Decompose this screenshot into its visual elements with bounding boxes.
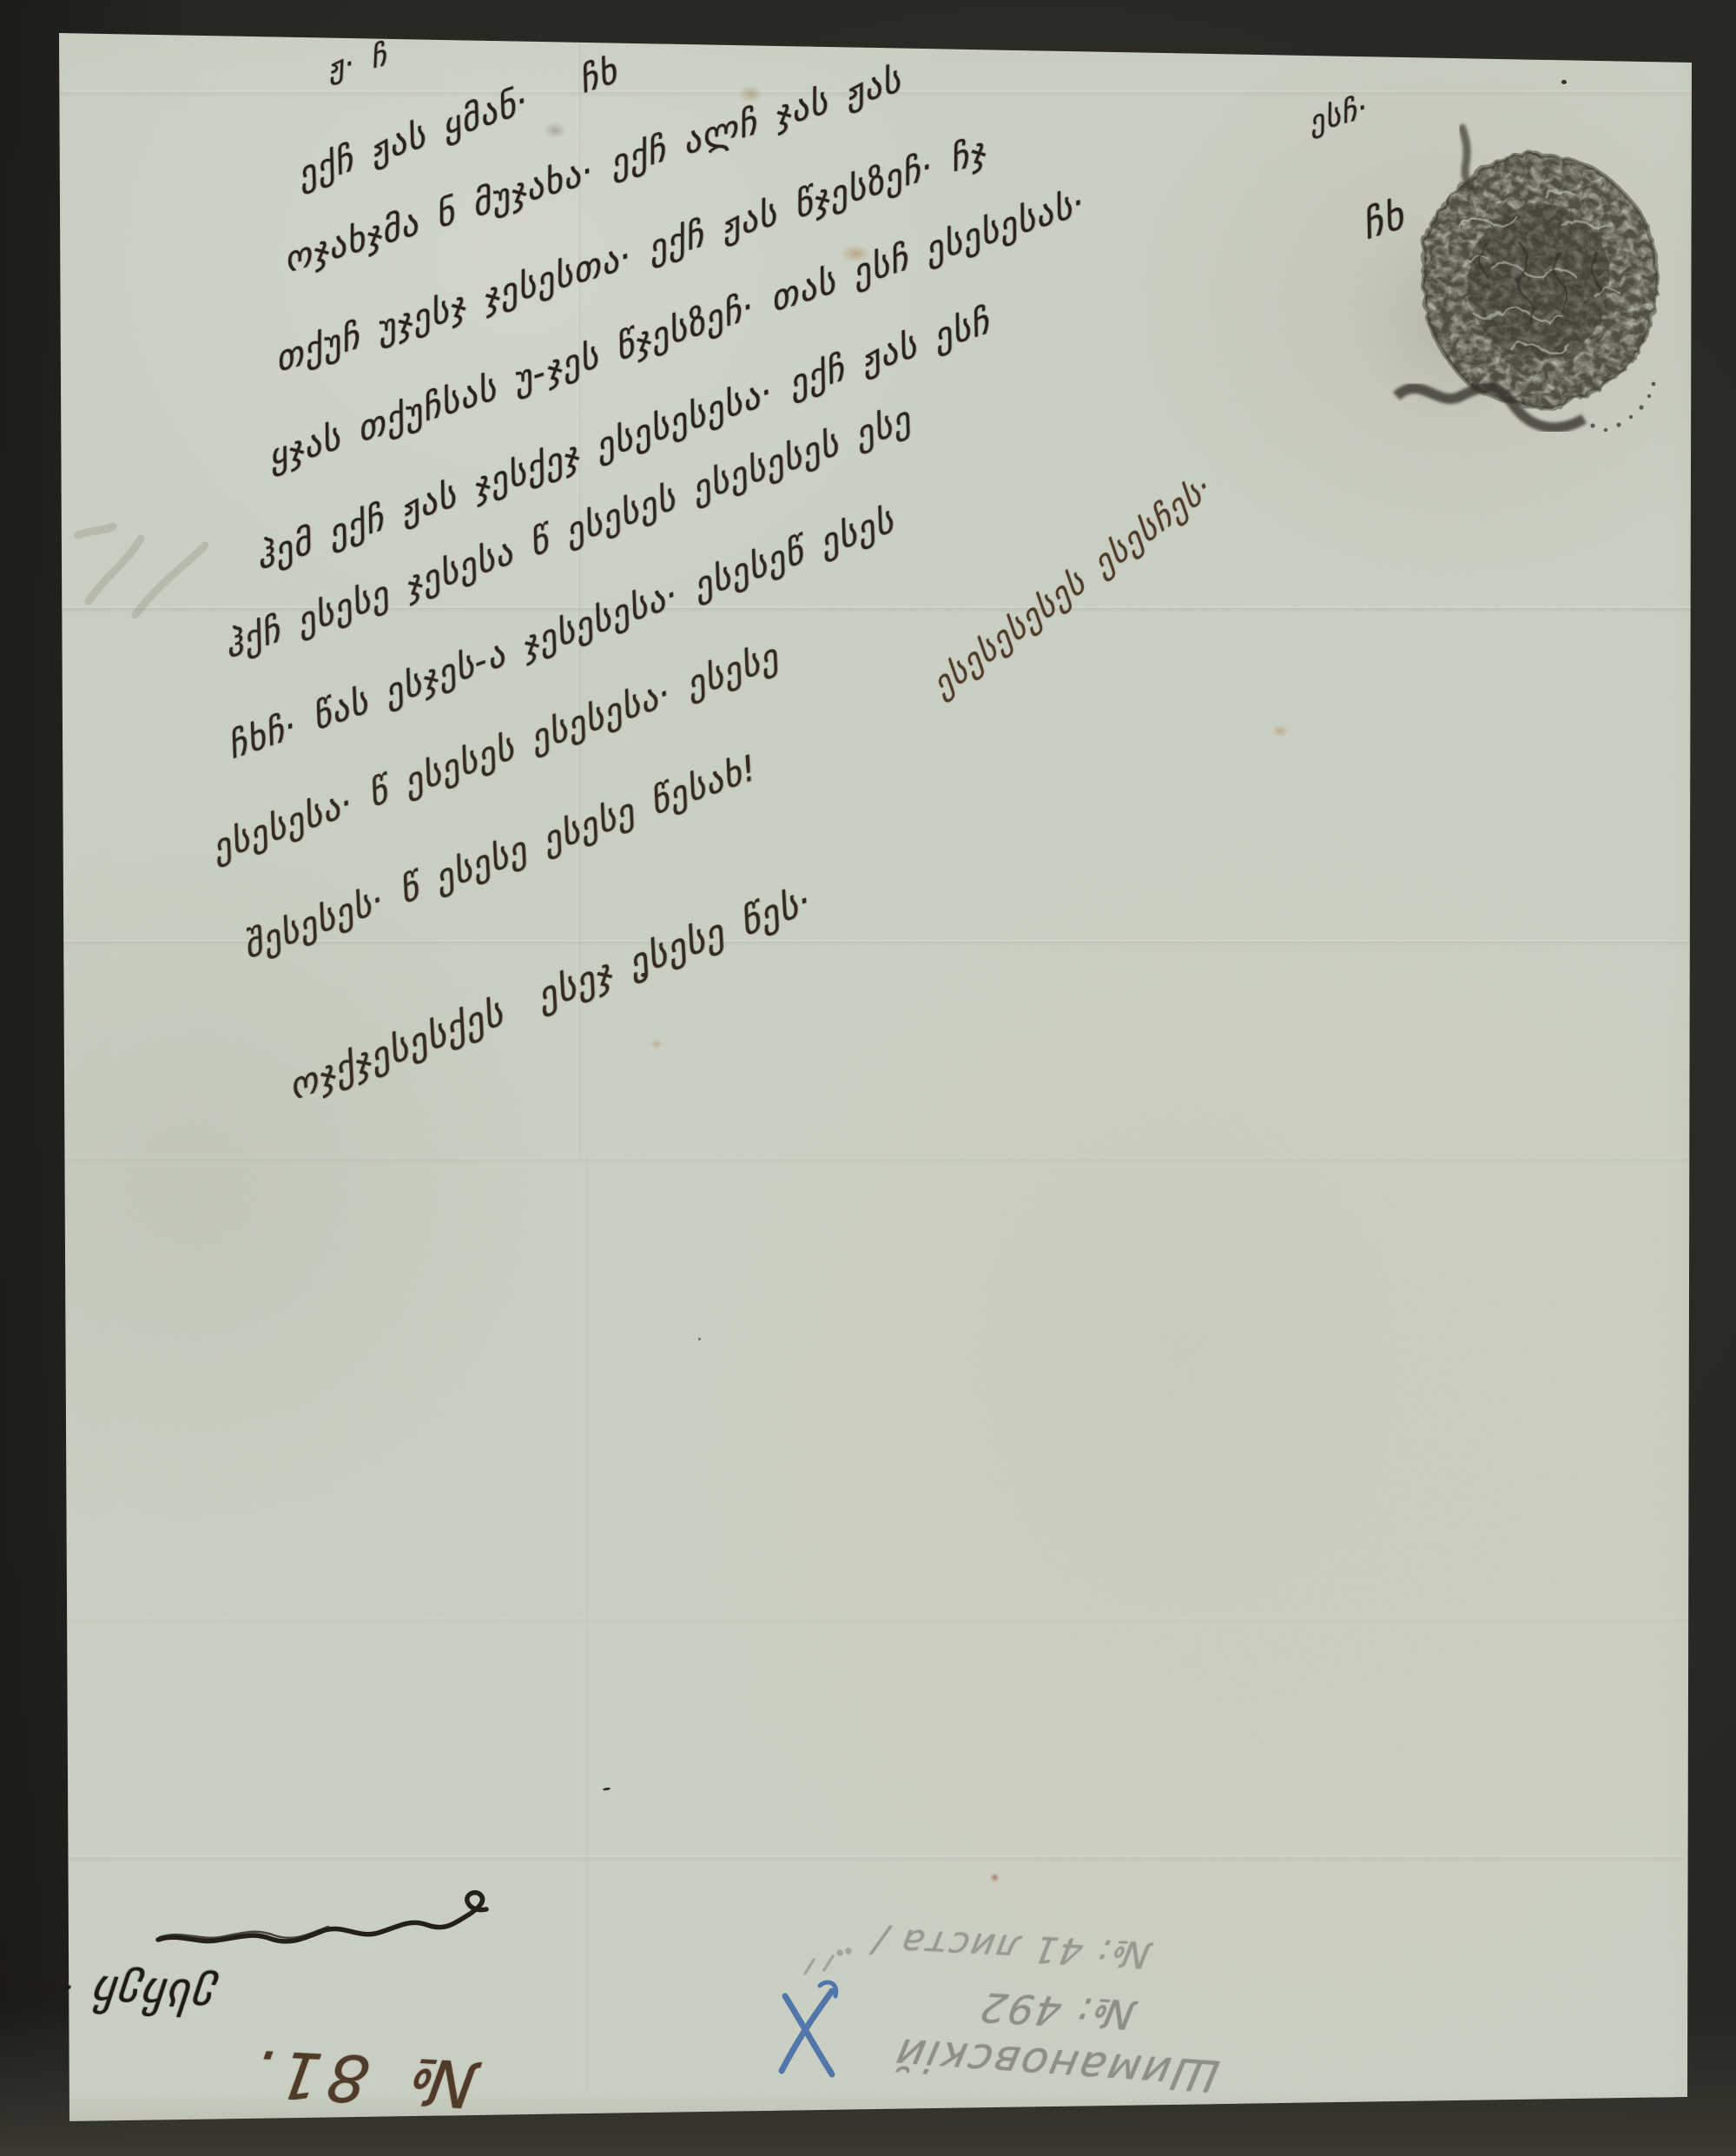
scan-canvas: ჟ· ჩ ექჩ ჟას ყმან· ჩხ ოჯახჯმა ნ მუჯახა· … bbox=[0, 0, 1736, 2156]
ink-speck bbox=[1561, 80, 1567, 84]
stain bbox=[650, 1039, 663, 1049]
stain bbox=[1271, 724, 1289, 737]
fold-line-vertical bbox=[584, 1155, 586, 2093]
stain bbox=[955, 1086, 1407, 1624]
fold-line bbox=[64, 1617, 1685, 1620]
stain bbox=[544, 122, 566, 139]
fold-line bbox=[66, 1855, 1683, 1858]
closing-flourish-stroke bbox=[148, 1876, 530, 1954]
ink-seal-stamp bbox=[1388, 120, 1683, 467]
ink-speck bbox=[698, 1338, 701, 1340]
fold-line bbox=[63, 1157, 1686, 1160]
pencil-tick-marks bbox=[786, 1942, 881, 1994]
pencil-note-number-upside-down: №: 492 bbox=[975, 1984, 1139, 2039]
stain bbox=[990, 1873, 1000, 1882]
archive-number-upside-down: № 81. bbox=[240, 2034, 481, 2120]
seal-dot-trail bbox=[1590, 382, 1655, 433]
